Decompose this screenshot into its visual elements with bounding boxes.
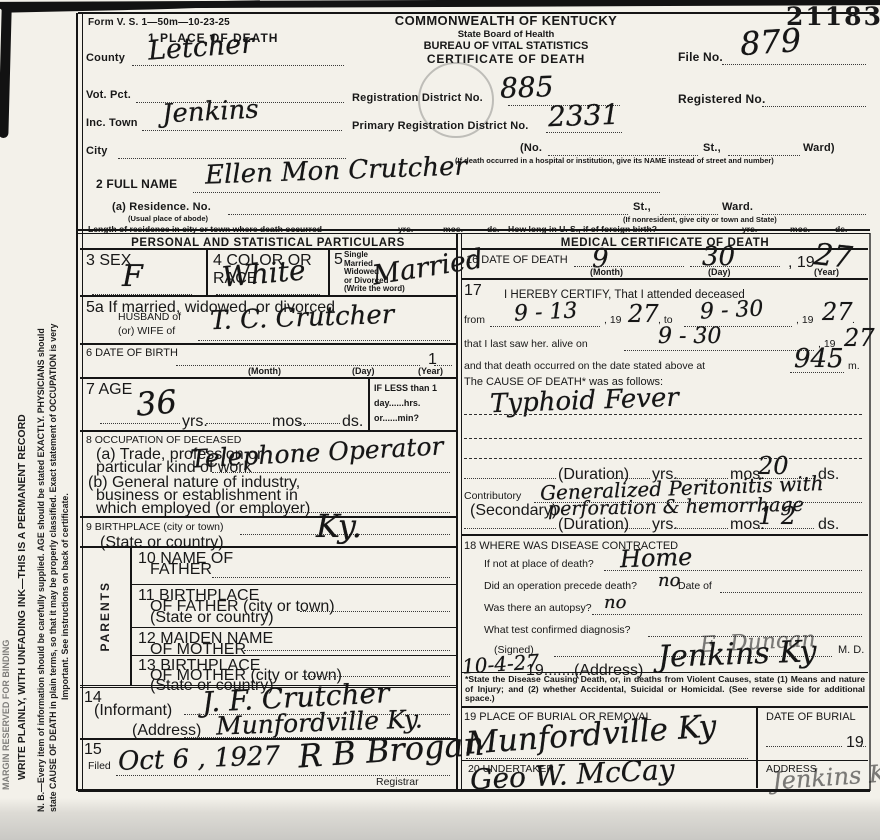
personal-section-title: PERSONAL AND STATISTICAL PARTICULARS bbox=[131, 237, 405, 249]
margin-nb-note-line1: N. B.—Every item of information should b… bbox=[36, 22, 46, 812]
duration2-label: (Duration) bbox=[558, 516, 629, 534]
residence-ward-line bbox=[762, 212, 866, 215]
autopsy-line bbox=[592, 612, 862, 615]
spouse-row: 5a If married, widowed, or divorced HUSB… bbox=[80, 297, 456, 345]
spouse-line bbox=[198, 338, 450, 341]
from-year-value: 27 bbox=[628, 302, 659, 326]
sex-value: F bbox=[122, 262, 143, 292]
sign-address-value: Jenkins Ky bbox=[658, 637, 818, 673]
bureau-subtitle: BUREAU OF VITAL STATISTICS bbox=[350, 40, 662, 52]
scan-shadow-bottom bbox=[0, 798, 880, 840]
last-saw-value: 9 - 30 bbox=[658, 326, 721, 348]
age-ds-label: ds. bbox=[342, 413, 363, 431]
saw-year-value: 27 bbox=[844, 326, 875, 350]
from-label: from bbox=[464, 314, 485, 326]
age-less-than-day-cell: IF LESS than 1 day......hrs. or......min… bbox=[370, 379, 456, 430]
father-name-line bbox=[212, 575, 450, 578]
age-value: 36 bbox=[135, 385, 178, 420]
registration-district-value: 885 bbox=[500, 73, 554, 103]
personal-section: PERSONAL AND STATISTICAL PARTICULARS bbox=[80, 233, 456, 250]
violent-causes-footnote: *State the Disease Causing Death, or, in… bbox=[462, 673, 868, 706]
dob-year-caption: (Year) bbox=[418, 366, 443, 376]
duration2-ds-line bbox=[754, 526, 814, 529]
death-occurred-label: and that death occurred on the date stat… bbox=[464, 360, 705, 372]
md-label: M. D. bbox=[838, 644, 864, 656]
age-cell: 7 AGE 36 yrs. mos. ds. bbox=[80, 379, 370, 430]
cause-block: Typhoid Fever (Duration) yrs. mos. 20 ds… bbox=[462, 390, 868, 534]
duration1-leader bbox=[464, 476, 556, 479]
occupation-b3: which employed (or employer) bbox=[96, 500, 310, 518]
registration-district-label: Registration District No. bbox=[352, 92, 483, 104]
from-value: 9 - 13 bbox=[513, 300, 577, 325]
form-right-border bbox=[869, 233, 871, 791]
age-row: 7 AGE 36 yrs. mos. ds. IF LESS than 1 da… bbox=[80, 379, 456, 432]
margin-nb-note-line3: Important. See instructions on back of c… bbox=[60, 280, 70, 700]
color-race-cell: 4 COLOR OR RACE White bbox=[208, 250, 330, 295]
dod-19: , 19 bbox=[788, 254, 815, 272]
color-race-value: White bbox=[221, 256, 307, 291]
city-label: City bbox=[86, 145, 108, 157]
last-saw-line bbox=[624, 348, 814, 351]
if-not-line bbox=[604, 568, 862, 571]
age-less3: or......min? bbox=[374, 413, 419, 423]
sex-race-marital-row: 3 SEX F 4 COLOR OR RACE White 5 Single M… bbox=[80, 250, 456, 297]
from-19: , 19 bbox=[604, 314, 622, 326]
full-name-label: 2 FULL NAME bbox=[96, 177, 177, 191]
sex-cell: 3 SEX F bbox=[80, 250, 208, 295]
father-name-cell: 10 NAME OF FATHER bbox=[132, 548, 456, 585]
age-less2: day......hrs. bbox=[374, 398, 420, 408]
disease-contracted-block: 18 WHERE WAS DISEASE CONTRACTED If not a… bbox=[462, 534, 868, 672]
age-less1: IF LESS than 1 bbox=[374, 383, 437, 393]
to-value: 9 - 30 bbox=[699, 298, 763, 323]
if-not-label: If not at place of death? bbox=[484, 558, 594, 570]
occupation-row: 8 OCCUPATION OF DECEASED (a) Trade, prof… bbox=[80, 432, 456, 518]
age-label: 7 AGE bbox=[86, 381, 132, 399]
parents-label-cell: PARENTS bbox=[80, 548, 132, 685]
duration2-ds: ds. bbox=[818, 516, 839, 534]
parents-row: PARENTS 10 NAME OF FATHER 11 BIRTHPLACE … bbox=[80, 548, 456, 688]
duration2-yrs: yrs. bbox=[652, 516, 678, 534]
form-number: Form V. S. 1—50m—10-23-25 bbox=[88, 17, 230, 28]
parents-label: PARENTS bbox=[98, 581, 112, 651]
operation-date-line bbox=[720, 590, 862, 593]
date-of-death-label: 16 DATE OF DEATH bbox=[466, 254, 568, 266]
undertaker-row: 20 UNDERTAKER Geo W. McCay ADDRESS Jenki… bbox=[462, 760, 868, 788]
footnote-block: *State the Disease Causing Death, or, in… bbox=[462, 672, 868, 706]
dod-year-caption: (Year) bbox=[814, 267, 839, 277]
date-of-death-row: 16 DATE OF DEATH 9 (Month) 30 (Day) , 19… bbox=[462, 250, 868, 280]
marital-status-cell: 5 Single Married Widowed or Divorced (Wr… bbox=[330, 250, 456, 295]
certify-num: 17 bbox=[464, 282, 482, 300]
dob-day-caption: (Day) bbox=[352, 366, 375, 376]
duration2-yrs-line bbox=[614, 526, 650, 529]
commonwealth-title: COMMONWEALTH OF KENTUCKY bbox=[350, 13, 662, 28]
dod-day-caption: (Day) bbox=[708, 267, 731, 277]
dob-month-caption: (Month) bbox=[248, 366, 281, 376]
file-no-label: File No. bbox=[678, 50, 723, 64]
file-no-value: 879 bbox=[739, 24, 802, 60]
death-certificate-scan: MARGIN RESERVED FOR BINDING WRITE PLAINL… bbox=[0, 0, 880, 840]
filed-date-value: Oct 6 , 1927 bbox=[118, 743, 281, 775]
registered-no-label: Registered No. bbox=[678, 92, 766, 106]
death-time-value: 945 bbox=[794, 346, 844, 372]
spouse-value: T. C. Crutcher bbox=[210, 302, 395, 334]
inc-town-value: Jenkins bbox=[161, 96, 259, 127]
undertaker-cell: 20 UNDERTAKER Geo W. McCay bbox=[462, 761, 758, 788]
burial-date-line2 bbox=[858, 744, 866, 747]
certify-block: 17 I HEREBY CERTIFY, That I attended dec… bbox=[462, 280, 868, 390]
from-line bbox=[490, 324, 600, 327]
dob-label: 6 DATE OF BIRTH bbox=[86, 347, 178, 359]
medical-section: MEDICAL CERTIFICATE OF DEATH bbox=[462, 233, 868, 250]
burial-date-label: DATE OF BURIAL bbox=[766, 711, 856, 723]
undertaker-value: Geo W. McCay bbox=[469, 756, 675, 795]
dod-month-caption: (Month) bbox=[590, 267, 623, 277]
nonresident-note: (If nonresident, give city or town and S… bbox=[623, 215, 777, 224]
residence-ward-label: Ward. bbox=[722, 201, 753, 213]
ward-label: Ward) bbox=[803, 142, 835, 154]
duration2-mos-line bbox=[674, 526, 728, 529]
date-of-label: Date of bbox=[678, 580, 712, 592]
last-saw-label: that I last saw her. alive on bbox=[464, 338, 588, 350]
residence-label: (a) Residence. No. bbox=[112, 201, 211, 213]
age-yrs-line bbox=[100, 421, 180, 424]
board-subtitle: State Board of Health bbox=[350, 29, 662, 40]
death-time-line bbox=[790, 370, 844, 373]
primary-registration-label: Primary Registration District No. bbox=[352, 120, 529, 132]
certificate-title: CERTIFICATE OF DEATH bbox=[350, 52, 662, 66]
death-time-m: m. bbox=[848, 360, 860, 372]
primary-registration-value: 2331 bbox=[548, 101, 620, 131]
age-mos-line bbox=[206, 421, 270, 424]
autopsy-label: Was there an autopsy? bbox=[484, 602, 592, 614]
undertaker-address-value: Jenkins Ky bbox=[771, 761, 880, 794]
duration2-value: 1 2 bbox=[758, 504, 796, 528]
abode-note: (Usual place of abode) bbox=[128, 214, 208, 223]
age-ds-line bbox=[298, 421, 340, 424]
wife-of-label: (or) WIFE of bbox=[118, 325, 175, 337]
margin-binding-note: MARGIN RESERVED FOR BINDING bbox=[1, 20, 11, 790]
burial-place-cell: 19 PLACE OF BURIAL OR REMOVAL Munfordvil… bbox=[462, 708, 758, 760]
county-label: County bbox=[86, 52, 125, 64]
cause-line-1 bbox=[464, 412, 862, 415]
birthplace-label: 9 BIRTHPLACE (city or town) bbox=[86, 521, 224, 533]
autopsy-value: no bbox=[604, 594, 626, 612]
burial-row: 19 PLACE OF BURIAL OR REMOVAL Munfordvil… bbox=[462, 706, 868, 760]
sex-line bbox=[92, 292, 192, 295]
birthplace-row: 9 BIRTHPLACE (city or town) (State or co… bbox=[80, 518, 456, 548]
margin-nb-note-line2: state CAUSE OF DEATH in plain terms, so … bbox=[48, 22, 58, 812]
operation-label: Did an operation precede death? bbox=[484, 580, 637, 592]
full-name-line bbox=[193, 190, 660, 193]
dod-day-line bbox=[690, 264, 780, 267]
residence-no-line bbox=[228, 212, 628, 215]
undertaker-address-cell: ADDRESS Jenkins Ky bbox=[758, 761, 868, 788]
color-race-line bbox=[216, 292, 320, 295]
to-year-value: 27 bbox=[822, 300, 853, 324]
margin-write-plainly-note: WRITE PLAINLY, WITH UNFADING INK—THIS IS… bbox=[16, 30, 28, 780]
dob-line bbox=[176, 363, 420, 366]
registered-no-line bbox=[762, 104, 866, 107]
cause-line-2 bbox=[464, 436, 862, 439]
cause-line-3 bbox=[464, 456, 862, 459]
father-birthplace-cell: 11 BIRTHPLACE OF FATHER (city or town) (… bbox=[132, 585, 456, 628]
registrar-label: Registrar bbox=[376, 776, 419, 788]
marital-num: 5 bbox=[334, 251, 343, 269]
residence-st-label: St., bbox=[633, 201, 651, 213]
father-bp-line bbox=[300, 609, 450, 612]
to-19: , 19 bbox=[796, 314, 814, 326]
contributory-label: Contributory bbox=[464, 490, 521, 502]
full-name-value: Ellen Mon Crutcher bbox=[205, 153, 468, 188]
age-yrs-label: yrs. bbox=[182, 413, 208, 431]
duration2-leader bbox=[464, 526, 556, 529]
husband-of-label: HUSBAND of bbox=[118, 311, 181, 323]
st-label: St., bbox=[703, 142, 721, 154]
burial-date-19: 19 bbox=[846, 734, 864, 752]
dob-row: 6 DATE OF BIRTH 1 (Month) (Day) (Year) bbox=[80, 345, 456, 379]
vot-pct-label: Vot. Pct. bbox=[86, 89, 131, 101]
father-name-label2: FATHER bbox=[150, 561, 212, 579]
informant-label: (Informant) bbox=[94, 702, 172, 720]
county-value: Letcher bbox=[147, 30, 255, 64]
burial-date-cell: DATE OF BURIAL 19 bbox=[758, 708, 868, 760]
filed-row: 15 Filed Oct 6 , 1927 R B Brogan Registr… bbox=[80, 740, 456, 788]
father-bp-label3: (State or country) bbox=[150, 609, 274, 627]
test-label: What test confirmed diagnosis? bbox=[484, 624, 631, 636]
hospital-note: (If death occurred in a hospital or inst… bbox=[455, 156, 774, 165]
birthplace-value: Ky. bbox=[316, 510, 362, 542]
burial-date-line bbox=[766, 744, 842, 747]
contributory-line bbox=[534, 500, 862, 503]
primary-registration-line bbox=[546, 130, 622, 133]
inc-town-label: Inc. Town bbox=[86, 117, 138, 129]
no-label: (No. bbox=[520, 142, 542, 154]
mother-name-line bbox=[244, 648, 450, 651]
mother-name-cell: 12 MAIDEN NAME OF MOTHER bbox=[132, 628, 456, 656]
filed-label: Filed bbox=[88, 760, 111, 772]
filed-num: 15 bbox=[84, 741, 102, 759]
